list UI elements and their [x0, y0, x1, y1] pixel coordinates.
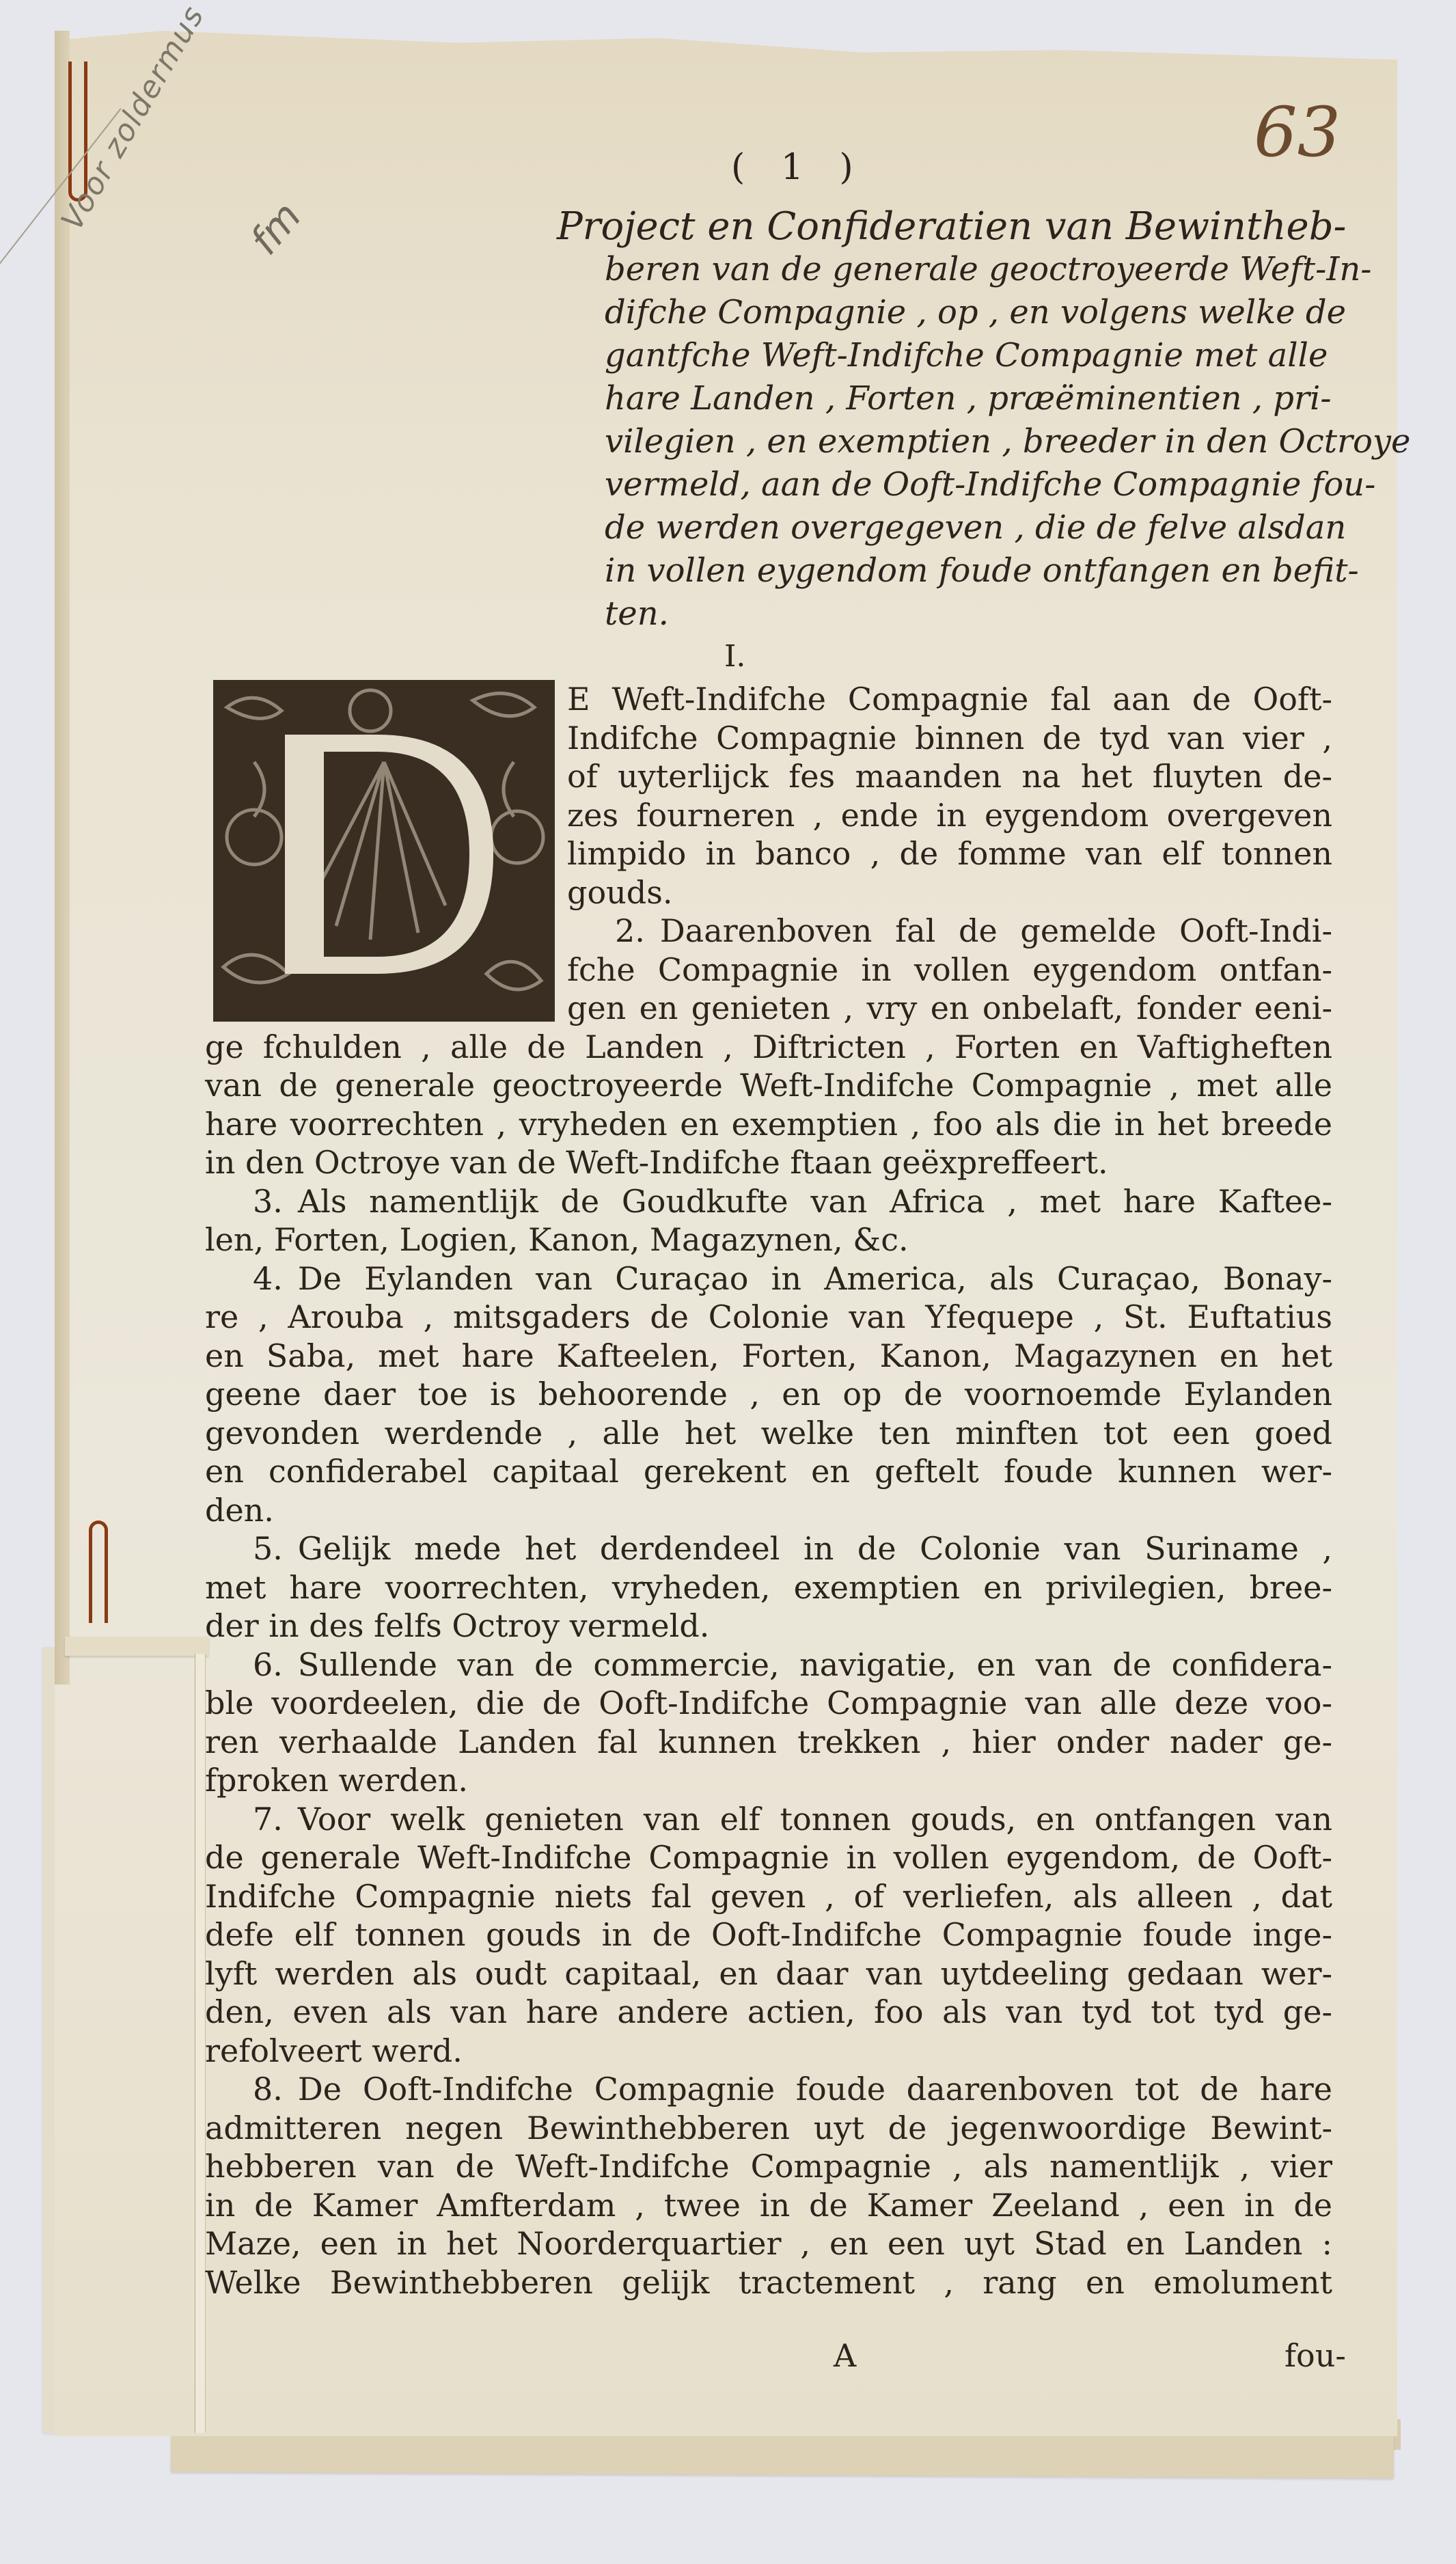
line-text: de generale Weft-Indifche Compagnie in v…	[205, 1839, 1332, 1876]
title-line: beren van de generale geoctroyeerde Weft…	[557, 248, 1343, 291]
line-text: zes fourneren , ende in eygendom overgev…	[567, 797, 1332, 834]
body-line: geene daer toe is behoorende , en op de …	[205, 1375, 1332, 1414]
body-line: der in des felfs Octroy vermeld.	[205, 1607, 1332, 1646]
line-text: den.	[205, 1492, 274, 1529]
body-line: in de Kamer Amfterdam , twee in de Kamer…	[205, 2186, 1332, 2225]
title-line: ten.	[557, 592, 1343, 636]
body-text: E Weft-Indifche Compagnie fal aan de Oof…	[205, 680, 1332, 2302]
article-first-line: 7.Voor welk genieten van elf tonnen goud…	[205, 1800, 1332, 1839]
article-number: 6.	[253, 1646, 283, 1683]
line-text: defe elf tonnen gouds in de Ooft-Indifch…	[205, 1916, 1332, 1953]
line-text: van de generale geoctroyeerde Weft-Indif…	[205, 1067, 1332, 1104]
line-text: fche Compagnie in vollen eygendom ontfan…	[567, 951, 1332, 988]
body-line: van de generale geoctroyeerde Weft-Indif…	[205, 1066, 1332, 1105]
line-text: Maze, een in het Noorderquartier , en ee…	[205, 2225, 1332, 2262]
thread-stitch-lower-icon	[89, 1520, 108, 1623]
line-text: Als namentlijk de Goudkufte van Africa ,…	[298, 1183, 1332, 1220]
line-text: en confiderabel capitaal gerekent en gef…	[205, 1453, 1332, 1490]
line-text: Daarenboven fal de gemelde Ooft-Indi-	[660, 912, 1332, 949]
body-line: en confiderabel capitaal gerekent en gef…	[205, 1452, 1332, 1491]
body-line: met hare voorrechten, vryheden, exemptie…	[205, 1568, 1332, 1607]
line-text: der in des felfs Octroy vermeld.	[205, 1607, 709, 1644]
line-text: den, even als van hare andere actien, fo…	[205, 1993, 1332, 2030]
body-line: lyft werden als oudt capitaal, en daar v…	[205, 1954, 1332, 1993]
title-line: de werden overgegeven , die de felve als…	[557, 506, 1343, 549]
title-line: vermeld, aan de Ooft-Indifche Compagnie …	[557, 463, 1343, 506]
article-first-line: 3.Als namentlijk de Goudkufte van Africa…	[205, 1182, 1332, 1221]
body-line: den, even als van hare andere actien, fo…	[205, 1993, 1332, 2032]
catchword: fou-	[1285, 2337, 1346, 2374]
body-line: gen en genieten , vry en onbelaft, fonde…	[567, 989, 1332, 1028]
line-text: ge fchulden , alle de Landen , Diftricte…	[205, 1028, 1332, 1065]
body-line: ren verhaalde Landen fal kunnen trekken …	[205, 1723, 1332, 1762]
body-line: zes fourneren , ende in eygendom overgev…	[567, 796, 1332, 835]
article-number: 3.	[253, 1183, 283, 1220]
body-line: admitteren negen Bewinthebberen uyt de j…	[205, 2109, 1332, 2148]
signature-mark: A	[834, 2337, 856, 2374]
line-text: refolveert werd.	[205, 2032, 463, 2069]
body-line: of uyterlijck fes maanden na het fluyten…	[567, 757, 1332, 796]
line-text: Welke Bewinthebberen gelijk tractement ,…	[205, 2264, 1332, 2301]
section-numeral: I.	[724, 639, 745, 674]
handwritten-folio-number: 63	[1254, 92, 1341, 172]
body-line: ble voordeelen, die de Ooft-Indifche Com…	[205, 1684, 1332, 1723]
title-line: difche Compagnie , op , en volgens welke…	[557, 291, 1343, 334]
folded-tab	[65, 1637, 208, 1656]
body-line: limpido in banco , de fomme van elf tonn…	[567, 834, 1332, 873]
body-line: re , Arouba , mitsgaders de Colonie van …	[205, 1298, 1332, 1337]
line-text: fproken werden.	[205, 1762, 468, 1799]
line-text: hare voorrechten , vryheden en exemptien…	[205, 1106, 1332, 1143]
line-text: lyft werden als oudt capitaal, en daar v…	[205, 1955, 1332, 1992]
fold-edge	[195, 1654, 206, 2433]
body-line: defe elf tonnen gouds in de Ooft-Indifch…	[205, 1915, 1332, 1954]
line-text: Gelijk mede het derdendeel in de Colonie…	[298, 1530, 1332, 1567]
line-text: ren verhaalde Landen fal kunnen trekken …	[205, 1723, 1332, 1760]
body-line: in den Octroye van de Weft-Indifche ftaa…	[205, 1143, 1332, 1182]
title-line: hare Landen , Forten , præëminentien , p…	[557, 377, 1343, 420]
body-line: den.	[205, 1491, 1332, 1530]
article-first-line: 4.De Eylanden van Curaçao in America, al…	[205, 1259, 1332, 1298]
article-number: 4.	[253, 1260, 283, 1297]
body-line: fproken werden.	[205, 1761, 1332, 1800]
body-line: refolveert werd.	[205, 2032, 1332, 2071]
title-line: Project en Confideratien van Bewintheb-	[557, 205, 1343, 248]
line-text: ble voordeelen, die de Ooft-Indifche Com…	[205, 1685, 1332, 1721]
line-text: limpido in banco , de fomme van elf tonn…	[567, 835, 1332, 872]
under-sheet	[171, 2429, 1394, 2478]
line-text: geene daer toe is behoorende , en op de …	[205, 1376, 1332, 1413]
line-text: gouds.	[567, 874, 672, 911]
line-text: Indifche Compagnie binnen de tyd van vie…	[567, 720, 1332, 756]
title-line: vilegien , en exemptien , breeder in den…	[557, 420, 1343, 463]
binding-strip	[55, 31, 70, 1685]
line-text: re , Arouba , mitsgaders de Colonie van …	[205, 1298, 1332, 1335]
article-number: 8.	[253, 2071, 283, 2108]
line-text: Sullende van de commercie, navigatie, en…	[298, 1646, 1332, 1683]
line-text: in den Octroye van de Weft-Indifche ftaa…	[205, 1144, 1108, 1181]
article-first-line: 2.Daarenboven fal de gemelde Ooft-Indi-	[567, 912, 1332, 951]
body-line: len, Forten, Logien, Kanon, Magazynen, &…	[205, 1220, 1332, 1259]
body-line: Maze, een in het Noorderquartier , en ee…	[205, 2224, 1332, 2263]
line-text: of uyterlijck fes maanden na het fluyten…	[567, 758, 1332, 795]
body-line: gouds.	[567, 873, 1332, 912]
body-line: Welke Bewinthebberen gelijk tractement ,…	[205, 2263, 1332, 2302]
body-line: Indifche Compagnie binnen de tyd van vie…	[567, 719, 1332, 758]
body-line: gevonden werdende , alle het welke ten m…	[205, 1414, 1332, 1453]
line-text: Indifche Compagnie niets fal geven , of …	[205, 1878, 1332, 1915]
article-first-line: 6.Sullende van de commercie, navigatie, …	[205, 1646, 1332, 1685]
body-line: hare voorrechten , vryheden en exemptien…	[205, 1105, 1332, 1144]
body-line: de generale Weft-Indifche Compagnie in v…	[205, 1838, 1332, 1877]
body-line: E Weft-Indifche Compagnie fal aan de Oof…	[567, 680, 1332, 719]
title-line: in vollen eygendom foude ontfangen en be…	[557, 549, 1343, 592]
title-line: gantfche Weft-Indifche Compagnie met all…	[557, 334, 1343, 377]
line-text: Voor welk genieten van elf tonnen gouds,…	[298, 1801, 1332, 1838]
body-line: fche Compagnie in vollen eygendom ontfan…	[567, 951, 1332, 990]
line-text: in de Kamer Amfterdam , twee in de Kamer…	[205, 2187, 1332, 2224]
line-text: De Eylanden van Curaçao in America, als …	[298, 1260, 1332, 1297]
line-text: gevonden werdende , alle het welke ten m…	[205, 1415, 1332, 1451]
printed-page-number: ( 1 )	[731, 147, 866, 188]
article-number: 7.	[253, 1801, 283, 1838]
line-text: en Saba, met hare Kafteelen, Forten, Kan…	[205, 1337, 1332, 1374]
body-line: en Saba, met hare Kafteelen, Forten, Kan…	[205, 1337, 1332, 1376]
line-text: E Weft-Indifche Compagnie fal aan de Oof…	[567, 681, 1332, 718]
article-first-line: 8.De Ooft-Indifche Compagnie foude daare…	[205, 2070, 1332, 2109]
line-text: met hare voorrechten, vryheden, exemptie…	[205, 1569, 1332, 1606]
article-number: 5.	[253, 1530, 283, 1567]
line-text: len, Forten, Logien, Kanon, Magazynen, &…	[205, 1221, 909, 1258]
body-line: hebberen van de Weft-Indifche Compagnie …	[205, 2147, 1332, 2186]
line-text: gen en genieten , vry en onbelaft, fonde…	[567, 990, 1332, 1026]
article-number: 2.	[615, 912, 645, 949]
body-line: Indifche Compagnie niets fal geven , of …	[205, 1877, 1332, 1916]
line-text: De Ooft-Indifche Compagnie foude daarenb…	[298, 2071, 1332, 2108]
document-title: Project en Confideratien van Bewintheb-b…	[557, 205, 1343, 636]
article-first-line: 5.Gelijk mede het derdendeel in de Colon…	[205, 1529, 1332, 1568]
line-text: admitteren negen Bewinthebberen uyt de j…	[205, 2110, 1332, 2146]
body-line: ge fchulden , alle de Landen , Diftricte…	[205, 1028, 1332, 1067]
line-text: hebberen van de Weft-Indifche Compagnie …	[205, 2148, 1332, 2185]
